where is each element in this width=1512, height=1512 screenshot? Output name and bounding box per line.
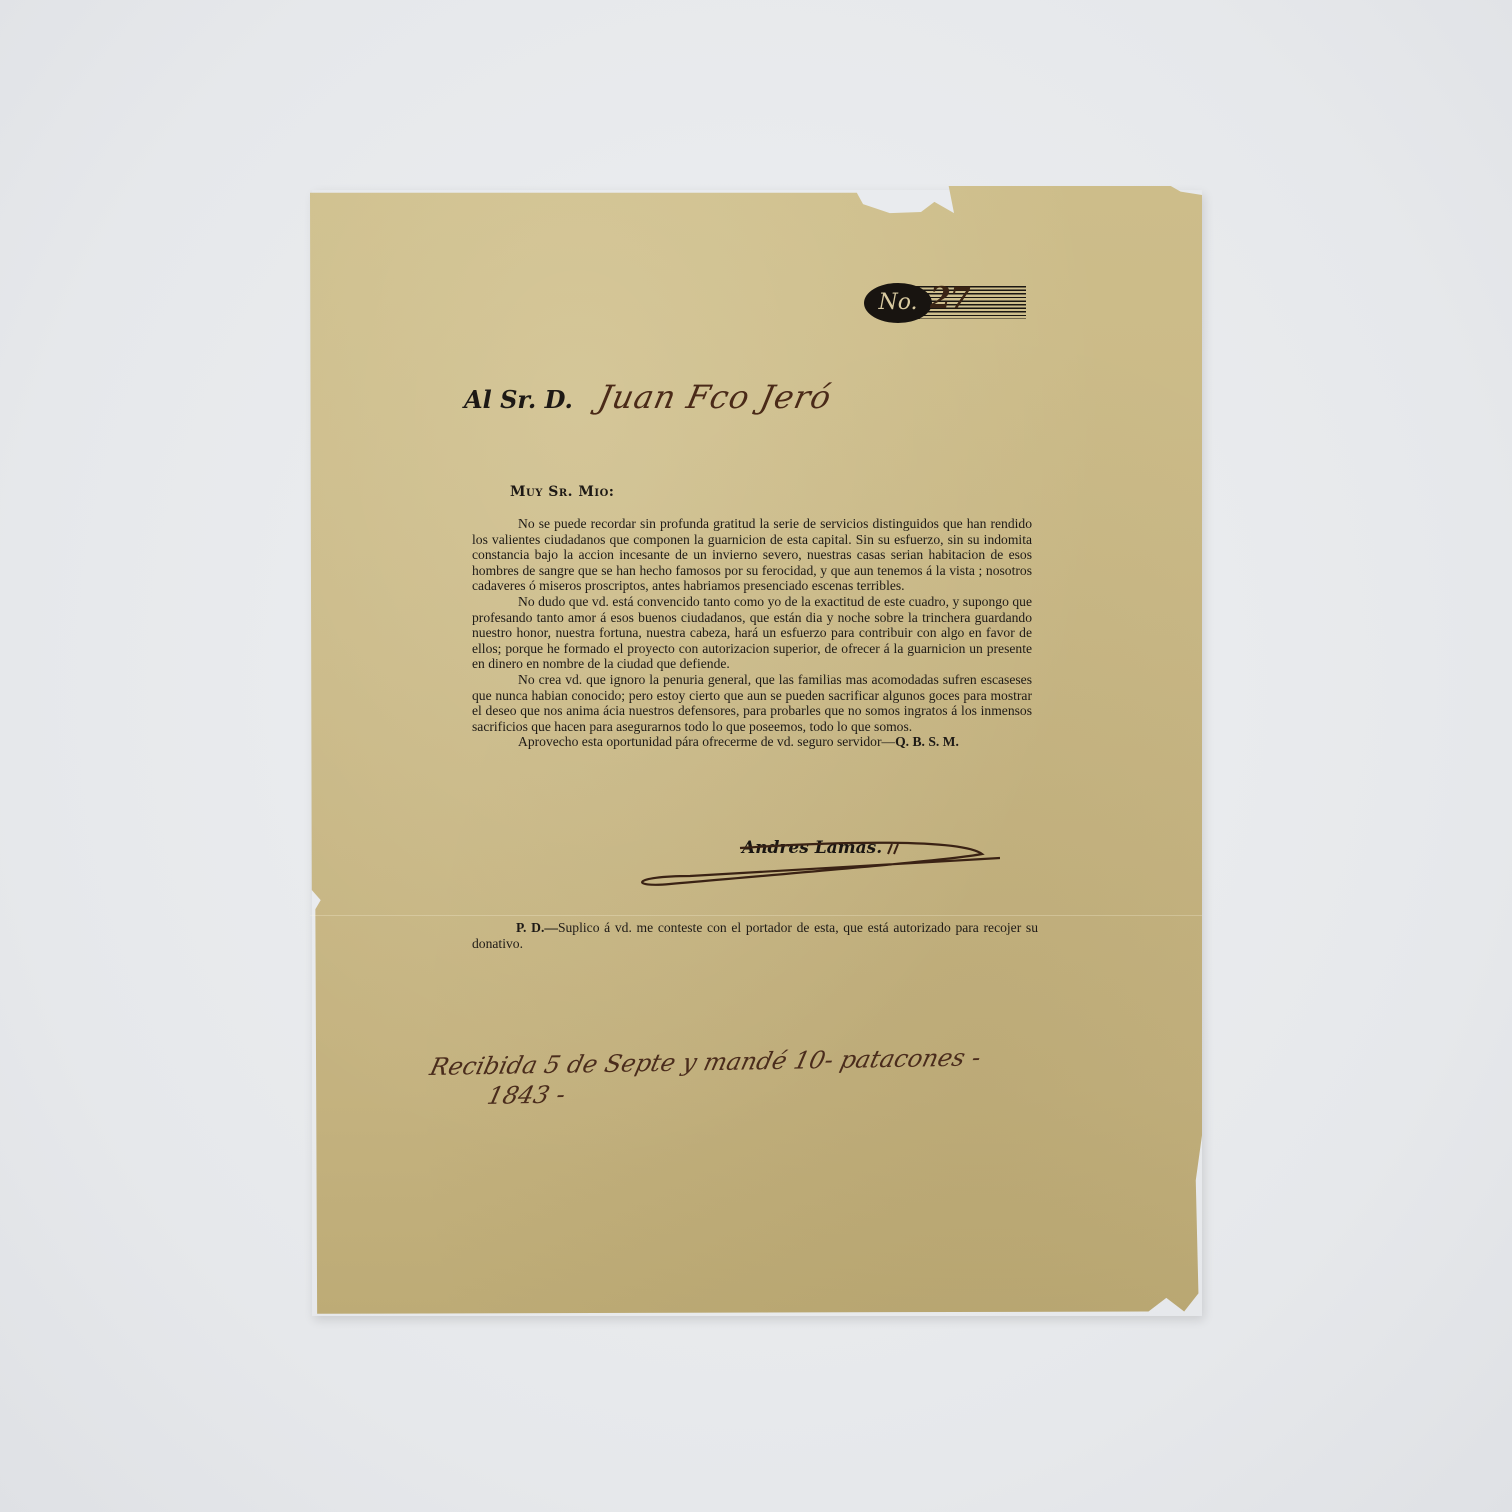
greeting: Muy Sr. Mio: (510, 484, 614, 500)
document-paper (310, 186, 1202, 1316)
paragraph: No dudo que vd. está convencido tanto co… (472, 594, 1032, 672)
closing-line: Aprovecho esta oportunidad pára ofrecerm… (472, 734, 1032, 750)
handwritten-number: 27 (930, 281, 970, 316)
letter-body: No se puede recordar sin profunda gratit… (472, 516, 1032, 750)
number-label: No. (864, 283, 932, 323)
addressee-prefix: Al Sr. D. (464, 385, 573, 414)
manuscript-note: Recibida 5 de Septe y mandé 10- patacone… (420, 1040, 1117, 1112)
postscript: P. D.—Suplico á vd. me conteste con el p… (472, 920, 1038, 951)
addressee-line: Al Sr. D. Juan Fco Jeró (464, 378, 831, 416)
signature-flourish-icon (630, 840, 1000, 900)
paragraph: No se puede recordar sin profunda gratit… (472, 516, 1032, 594)
postscript-label: P. D.— (516, 920, 558, 935)
paragraph: No crea vd. que ignoro la penuria genera… (472, 672, 1032, 734)
addressee-handwritten-name: Juan Fco Jeró (595, 378, 835, 416)
fold-crease (310, 915, 1202, 916)
closing-abbrev: Q. B. S. M. (895, 734, 959, 749)
number-badge: No. 27 (864, 283, 1026, 323)
closing-text: Aprovecho esta oportunidad pára ofrecerm… (518, 734, 895, 749)
